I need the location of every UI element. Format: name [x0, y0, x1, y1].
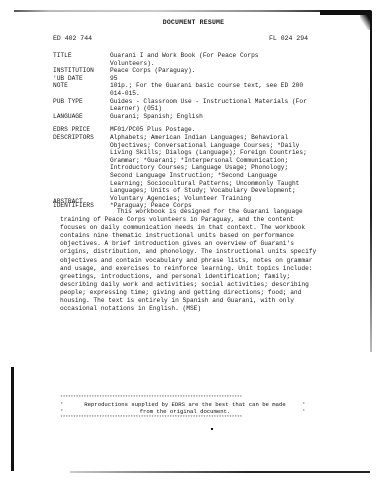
field-label: PUB TYPE	[53, 98, 110, 113]
field-descriptors: DESCRIPTORS Alphabets; American Indian L…	[53, 134, 363, 202]
star-mark: *	[302, 409, 310, 416]
field-pub-type: PUB TYPE Guides - Classroom Use - Instru…	[53, 98, 363, 113]
metadata-fields: TITLE Guarani I and Work Book (For Peace…	[53, 52, 363, 210]
field-value: Guarani I and Work Book (For Peace Corps…	[110, 52, 360, 67]
field-label: DESCRIPTORS	[53, 134, 110, 202]
field-value: 95	[110, 75, 360, 83]
field-language: LANGUAGE Guarani; Spanish; English	[53, 113, 363, 121]
field-label: TITLE	[53, 52, 110, 67]
abstract-text: This workbook is designed for the Guaran…	[60, 208, 320, 313]
field-pub-date: 'UB DATE 95	[53, 75, 363, 83]
star-mark: *	[60, 409, 68, 416]
field-value: MF01/PC05 Plus Postage.	[110, 126, 360, 134]
abstract-heading: ABSTRACT	[53, 198, 83, 205]
field-value: Alphabets; American Indian Languages; Be…	[110, 134, 360, 202]
star-border-bottom: ****************************************…	[60, 415, 310, 422]
document-title: DOCUMENT RESUME	[0, 19, 387, 26]
field-value: Guides - Classroom Use - Instructional M…	[110, 98, 360, 113]
scan-speck	[211, 428, 213, 430]
field-note: NOTE 101p.; For the Guarani basic course…	[53, 82, 363, 97]
notice-line-2: * from the original document. *	[60, 409, 310, 416]
field-value: Guarani; Spanish; English	[110, 113, 360, 121]
field-label: INSTITUTION	[53, 67, 110, 75]
ed-number: ED 402 744	[53, 35, 92, 42]
scan-top-edge	[14, 10, 366, 12]
field-value: Peace Corps (Paraguay).	[110, 67, 360, 75]
field-label: NOTE	[53, 82, 110, 97]
field-value: 101p.; For the Guarani basic course text…	[110, 82, 360, 97]
notice-text-2: from the original document.	[68, 409, 302, 416]
field-label: EDRS PRICE	[53, 126, 110, 134]
scanned-document-page: DOCUMENT RESUME ED 402 744 FL 024 294 TI…	[0, 0, 387, 500]
field-label: 'UB DATE	[53, 75, 110, 83]
reproduction-notice: ****************************************…	[60, 395, 310, 422]
field-edrs-price: EDRS PRICE MF01/PC05 Plus Postage.	[53, 126, 363, 134]
field-label: LANGUAGE	[53, 113, 110, 121]
scan-left-edge	[11, 367, 14, 471]
scan-right-edge	[370, 12, 372, 352]
field-title: TITLE Guarani I and Work Book (For Peace…	[53, 52, 363, 67]
fl-number: FL 024 294	[269, 35, 308, 42]
field-institution: INSTITUTION Peace Corps (Paraguay).	[53, 67, 363, 75]
scan-bottom-edge	[70, 471, 370, 473]
